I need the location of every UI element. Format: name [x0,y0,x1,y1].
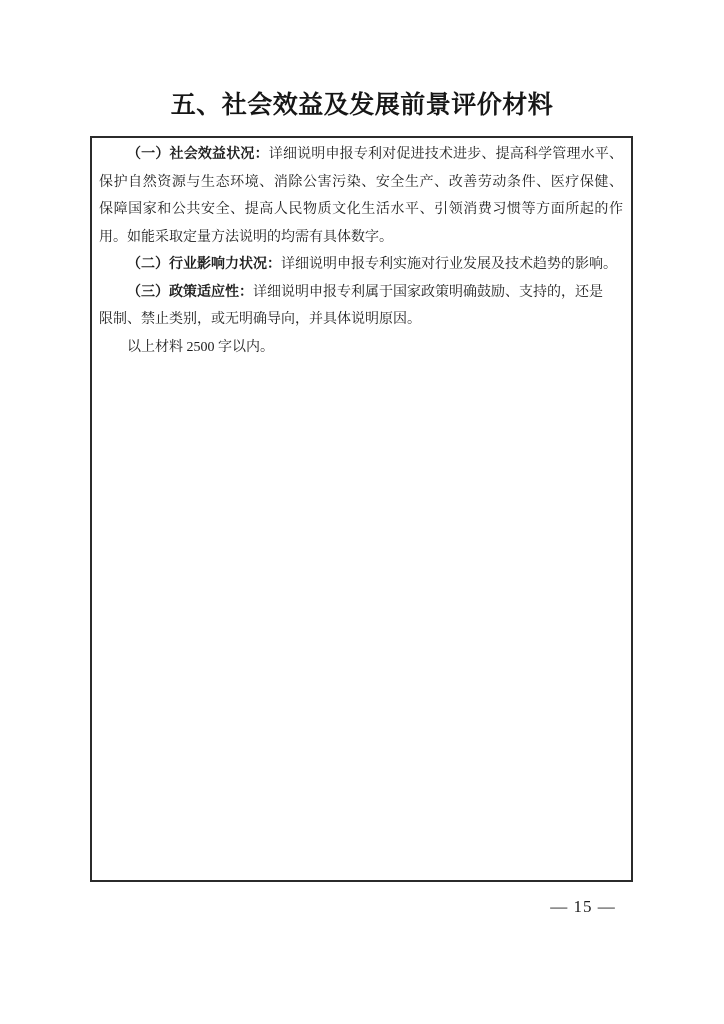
line-text: 详细说明申报专利对促进技术进步、提高科学管理水平、 [269,147,623,162]
text-line: （二）行业影响力状况：详细说明申报专利实施对行业发展及技术趋势的影响。 [99,251,623,279]
text-line: 限制、禁止类别，或无明确导向，并具体说明原因。 [99,306,623,334]
text-line: 以上材料 2500 字以内。 [99,334,623,362]
line-text: 保障国家和公共安全、提高人民物质文化生活水平、引领消费习惯等方面所起的作 [99,202,623,217]
text-line: （一）社会效益状况：详细说明申报专利对促进技术进步、提高科学管理水平、 [99,141,623,169]
content-box: （一）社会效益状况：详细说明申报专利对促进技术进步、提高科学管理水平、 保护自然… [90,136,633,882]
section-heading-3: （三）政策适应性： [127,285,253,300]
section-heading-1: （一）社会效益状况： [127,147,269,162]
line-text: 详细说明申报专利属于国家政策明确鼓励、支持的，还是 [253,285,603,300]
line-text: 用。如能采取定量方法说明的均需有具体数字。 [99,230,393,245]
line-text: 详细说明申报专利实施对行业发展及技术趋势的影响。 [281,257,617,272]
document-page: 五、社会效益及发展前景评价材料 （一）社会效益状况：详细说明申报专利对促进技术进… [0,0,724,1024]
section-heading-2: （二）行业影响力状况： [127,257,281,272]
page-title: 五、社会效益及发展前景评价材料 [0,89,724,123]
page-number: — 15 — [545,896,621,918]
line-text: 限制、禁止类别，或无明确导向，并具体说明原因。 [99,312,421,327]
line-text: 以上材料 2500 字以内。 [127,340,274,355]
text-line: 保护自然资源与生态环境、消除公害污染、安全生产、改善劳动条件、医疗保健、 [99,169,623,197]
text-line: 用。如能采取定量方法说明的均需有具体数字。 [99,224,623,252]
text-line: （三）政策适应性：详细说明申报专利属于国家政策明确鼓励、支持的，还是 [99,279,623,307]
text-line: 保障国家和公共安全、提高人民物质文化生活水平、引领消费习惯等方面所起的作 [99,196,623,224]
line-text: 保护自然资源与生态环境、消除公害污染、安全生产、改善劳动条件、医疗保健、 [99,175,623,190]
